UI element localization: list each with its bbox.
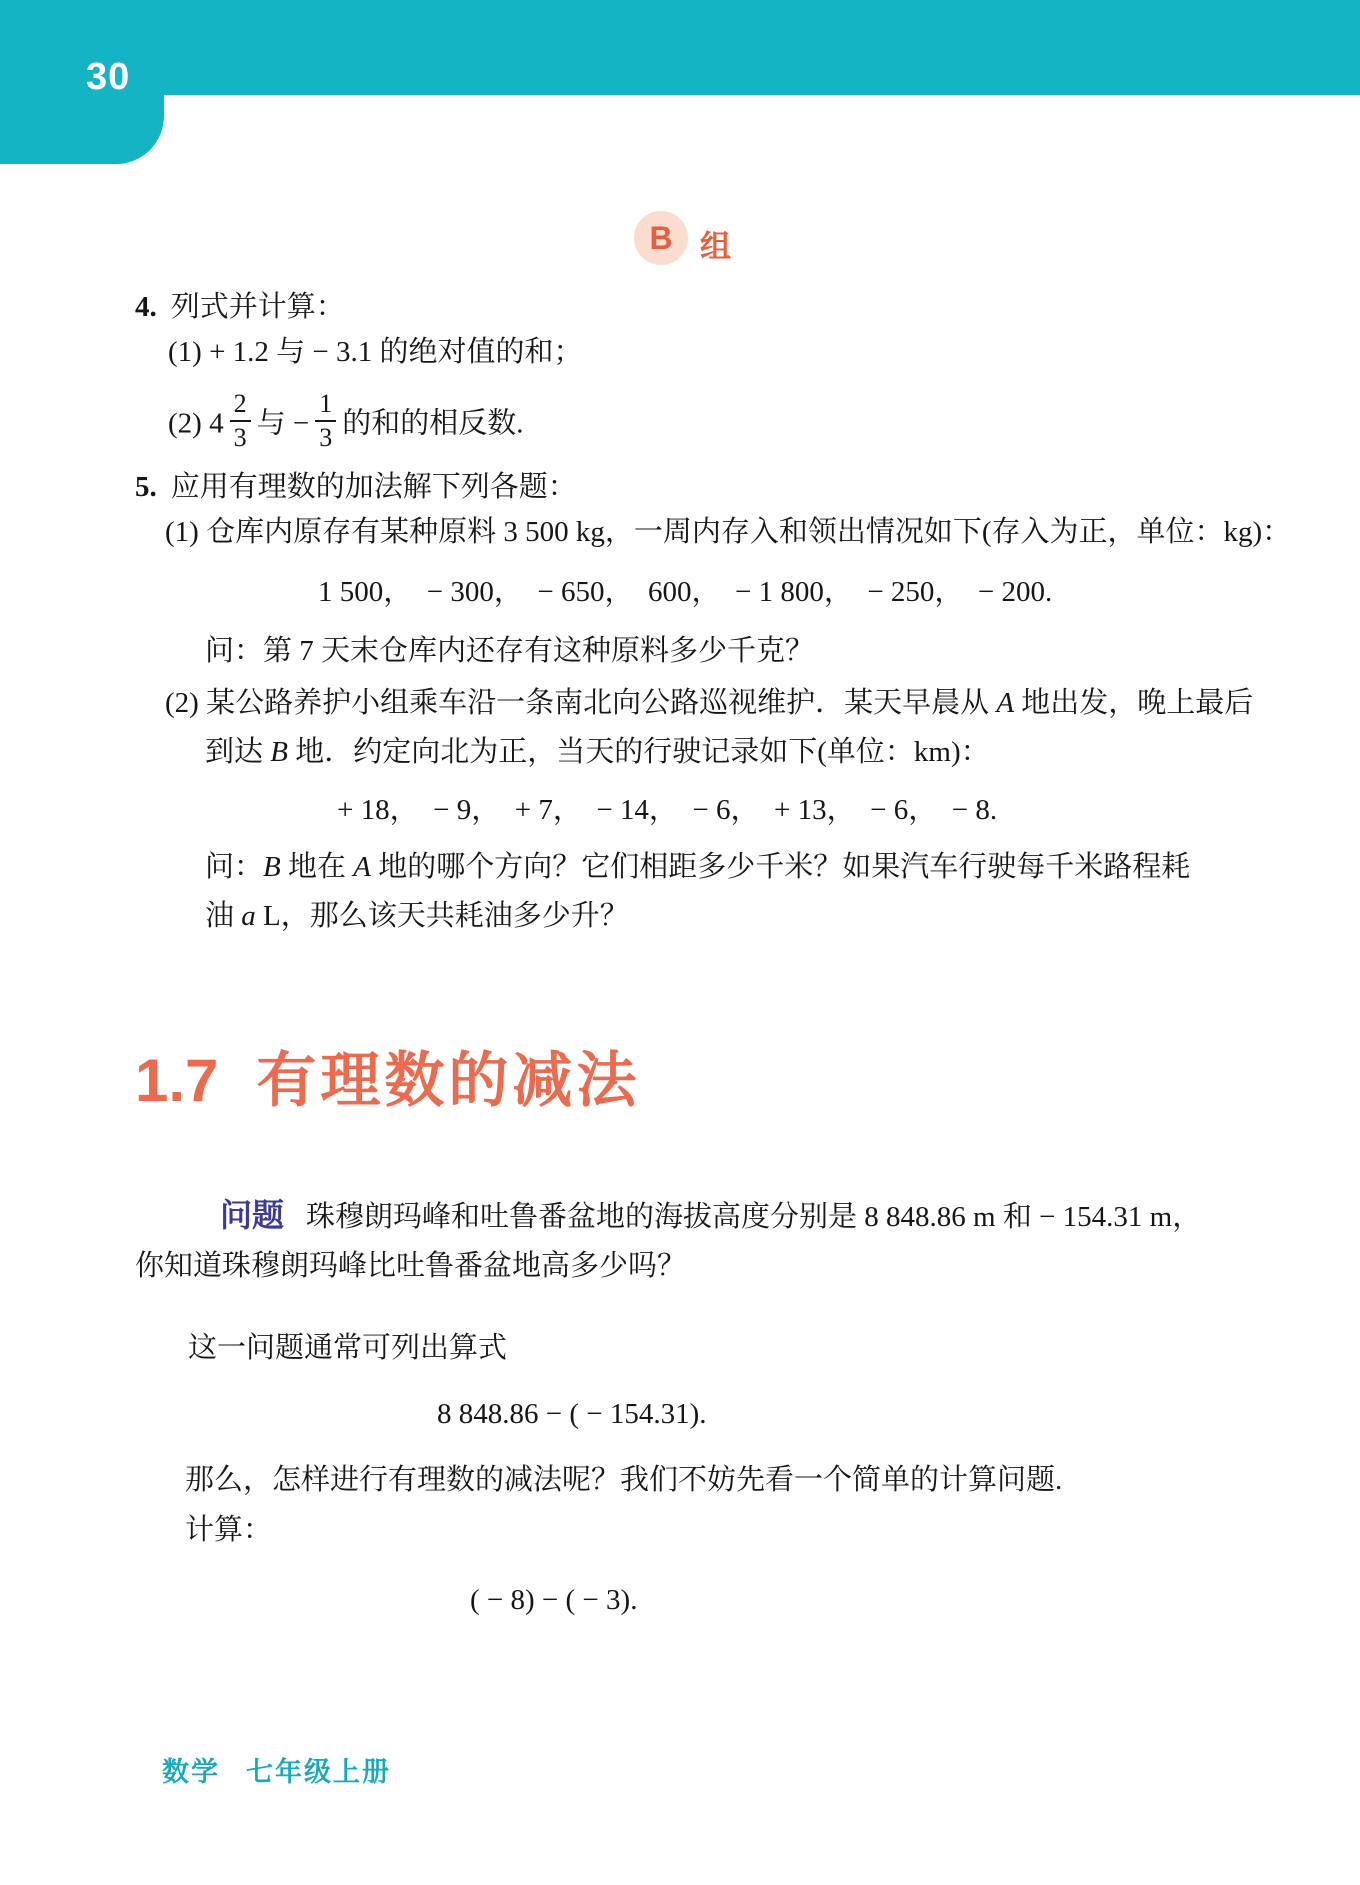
fraction-two-thirds: 23 — [230, 389, 251, 453]
section-number: 1.7 — [135, 1047, 218, 1114]
problem4-item2: (2) 423与 −13的和的相反数. — [168, 386, 523, 458]
item2-middle: 与 − — [257, 407, 310, 439]
header-page-tab — [0, 0, 164, 164]
equation-1: 8 848.86 − ( − 154.31). — [437, 1396, 707, 1432]
problem5-item1-line1: (1) 仓库内原存有某种原料 3 500 kg，一周内存入和领出情况如下(存入为… — [165, 514, 1291, 550]
question-prefix: 问： — [205, 851, 263, 883]
variable-A: A — [353, 851, 371, 883]
variable-a: a — [241, 900, 256, 932]
fraction-denominator: 3 — [230, 422, 251, 453]
item2-line1-text-end: 地出发，晚上最后 — [1014, 687, 1253, 719]
intro-line1-text: 珠穆朗玛峰和吐鲁番盆地的海拔高度分别是 8 848.86 m 和 − 154.3… — [306, 1201, 1201, 1233]
problem4-title: 列式并计算： — [171, 291, 345, 323]
header-teal-bar — [0, 0, 1360, 95]
variable-A: A — [996, 687, 1014, 719]
intro-para4: 计算： — [185, 1512, 272, 1548]
intro-line2: 你知道珠穆朗玛峰比吐鲁番盆地高多少吗？ — [135, 1248, 686, 1284]
page-number: 30 — [86, 56, 130, 99]
equation-2: ( − 8) − ( − 3). — [470, 1582, 637, 1618]
intro-para3: 那么，怎样进行有理数的减法呢？我们不妨先看一个简单的计算问题. — [185, 1462, 1062, 1498]
problem5-item2-numbers: + 18， − 9， + 7， − 14， − 6， + 13， − 6， − … — [337, 792, 997, 828]
item2-line2-text-end: 地．约定向北为正，当天的行驶记录如下(单位：km)： — [288, 736, 990, 768]
section-title: 有理数的减法 — [256, 1047, 640, 1114]
question-middle: 地在 — [281, 851, 354, 883]
group-b-label: 组 — [700, 221, 731, 266]
fraction-numerator: 2 — [230, 389, 251, 422]
problem5-title: 应用有理数的加法解下列各题： — [171, 471, 577, 503]
problem4-number: 4. — [135, 291, 157, 323]
problem-label: 问题 — [220, 1197, 284, 1233]
problem5-number: 5. — [135, 471, 157, 503]
problem5-item1-numbers: 1 500， − 300， − 650， 600， − 1 800， − 250… — [318, 574, 1052, 610]
item2-line1-text: (2) 某公路养护小组乘车沿一条南北向公路巡视维护．某天早晨从 — [165, 687, 996, 719]
group-b-letter: B — [649, 220, 672, 257]
item2-suffix: 的和的相反数. — [342, 407, 523, 439]
problem5-item2-question-line2: 油 a L，那么该天共耗油多少升？ — [205, 898, 629, 934]
question-text: 地的哪个方向？它们相距多少千米？如果汽车行驶每千米路程耗 — [371, 851, 1190, 883]
question2-prefix: 油 — [205, 900, 241, 932]
item2-prefix: (2) 4 — [168, 407, 224, 439]
problem5-item2-line2: 到达 B 地．约定向北为正，当天的行驶记录如下(单位：km)： — [205, 734, 990, 770]
footer-grade: 七年级上册 — [246, 1757, 391, 1787]
problem5-heading: 5.应用有理数的加法解下列各题： — [135, 469, 577, 505]
fraction-numerator: 1 — [315, 389, 336, 422]
intro-para2: 这一问题通常可列出算式 — [188, 1330, 507, 1366]
item2-line2-text: 到达 — [205, 736, 270, 768]
footer: 数学七年级上册 — [162, 1750, 391, 1789]
section-heading: 1.7有理数的减法 — [135, 1046, 640, 1116]
fraction-denominator: 3 — [315, 422, 336, 453]
problem5-item2-line1: (2) 某公路养护小组乘车沿一条南北向公路巡视维护．某天早晨从 A 地出发，晚上… — [165, 685, 1253, 721]
problem4-heading: 4.列式并计算： — [135, 289, 345, 325]
group-b-badge: B — [634, 211, 688, 265]
intro-line1: 问题珠穆朗玛峰和吐鲁番盆地的海拔高度分别是 8 848.86 m 和 − 154… — [220, 1197, 1201, 1235]
problem5-item2-question-line1: 问：B 地在 A 地的哪个方向？它们相距多少千米？如果汽车行驶每千米路程耗 — [205, 849, 1190, 885]
problem5-item1-question: 问：第 7 天末仓库内还存有这种原料多少千克？ — [205, 633, 814, 669]
problem4-item1: (1) + 1.2 与 − 3.1 的绝对值的和； — [168, 334, 583, 370]
footer-subject: 数学 — [162, 1757, 220, 1787]
variable-B: B — [270, 736, 288, 768]
question2-text: L，那么该天共耗油多少升？ — [256, 900, 629, 932]
fraction-one-third: 13 — [315, 389, 336, 453]
variable-B: B — [263, 851, 281, 883]
textbook-page: 30 B 组 4.列式并计算： (1) + 1.2 与 − 3.1 的绝对值的和… — [0, 0, 1360, 1885]
